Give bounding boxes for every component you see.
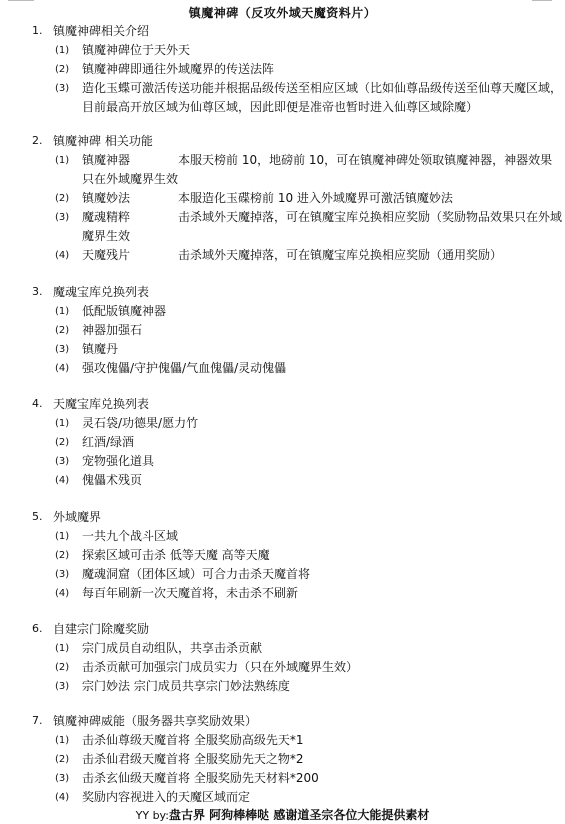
item-number: (1)	[55, 731, 82, 750]
item-text: 造化玉蝶可激活传送功能并根据品级传送至相应区域（比如仙尊品级传送至仙尊天魔区域，…	[82, 79, 562, 117]
section-heading: 6. 自建宗门除魔奖励	[32, 619, 562, 639]
list-item: (3)镇魔丹	[55, 340, 562, 359]
section-number: 2.	[32, 131, 53, 151]
item-text: 一共九个战斗区域	[82, 527, 562, 546]
item-text: 本服造化玉碟榜前 10 进入外域魔界可激活镇魔妙法	[178, 191, 453, 205]
list-item: (3)魔魂洞窟（团体区域）可合力击杀天魔首将	[55, 565, 562, 584]
item-text: 神器加强石	[82, 321, 562, 340]
item-text: 低配版镇魔神器	[82, 302, 562, 321]
list-item: (3)魔魂精粹击杀域外天魔掉落，可在镇魔宝库兑换相应奖励（奖励物品效果只在外域魔…	[55, 208, 562, 246]
item-label: 天魔残片	[82, 246, 178, 265]
item-number: (4)	[55, 359, 82, 378]
item-number: (1)	[55, 151, 82, 189]
item-text: 镇魔神碑即通往外域魔界的传送法阵	[82, 60, 562, 79]
section-3: 3. 魔魂宝库兑换列表 (1)低配版镇魔神器 (2)神器加强石 (3)镇魔丹 (…	[32, 282, 562, 378]
item-number: (2)	[55, 546, 82, 565]
item-text: 强攻傀儡/守护傀儡/气血傀儡/灵动傀儡	[82, 359, 562, 378]
item-number: (2)	[55, 60, 82, 79]
item-label: 镇魔神器	[82, 151, 178, 170]
page-corner-mark-left	[8, 0, 34, 1]
list-item: (1)宗门成员自动组队，共享击杀贡献	[55, 639, 562, 658]
list-item: (1)镇魔神器本服天榜前 10，地磅前 10，可在镇魔神碑处领取镇魔神器，神器效…	[55, 151, 562, 189]
list-item: (2)探索区域可击杀 低等天魔 高等天魔	[55, 546, 562, 565]
list-item: (3)击杀玄仙级天魔首将 全服奖励先天材料*200	[55, 769, 562, 788]
item-text: 击杀玄仙级天魔首将 全服奖励先天材料*200	[82, 769, 562, 788]
item-text: 宗门成员自动组队，共享击杀贡献	[82, 639, 562, 658]
item-number: (1)	[55, 414, 82, 433]
section-number: 3.	[32, 282, 53, 302]
section-number: 4.	[32, 394, 53, 414]
section-title: 魔魂宝库兑换列表	[53, 282, 149, 302]
footer-credits: YY by:盘古界 阿狗棒棒哒 感谢道圣宗各位大能提供素材	[0, 806, 565, 823]
list-item: (4)天魔残片击杀域外天魔掉落，可在镇魔宝库兑换相应奖励（通用奖励）	[55, 246, 562, 265]
item-number: (3)	[55, 208, 82, 246]
section-title: 镇魔神碑威能（服务器共享奖励效果）	[53, 711, 257, 731]
item-text: 傀儡术残页	[82, 471, 562, 490]
section-heading: 3. 魔魂宝库兑换列表	[32, 282, 562, 302]
item-text: 探索区域可击杀 低等天魔 高等天魔	[82, 546, 562, 565]
list-item: (2)镇魔神碑即通往外域魔界的传送法阵	[55, 60, 562, 79]
item-number: (4)	[55, 246, 82, 265]
section-2: 2. 镇魔神碑 相关功能 (1)镇魔神器本服天榜前 10，地磅前 10，可在镇魔…	[32, 131, 562, 265]
item-number: (1)	[55, 527, 82, 546]
section-number: 7.	[32, 711, 53, 731]
item-number: (3)	[55, 677, 82, 696]
section-6: 6. 自建宗门除魔奖励 (1)宗门成员自动组队，共享击杀贡献 (2)击杀贡献可加…	[32, 619, 562, 696]
section-heading: 7. 镇魔神碑威能（服务器共享奖励效果）	[32, 711, 562, 731]
item-number: (3)	[55, 452, 82, 471]
list-item: (4)傀儡术残页	[55, 471, 562, 490]
list-item: (1)镇魔神碑位于天外天	[55, 41, 562, 60]
item-number: (2)	[55, 321, 82, 340]
item-number: (3)	[55, 565, 82, 584]
section-title: 镇魔神碑 相关功能	[53, 131, 153, 151]
item-number: (4)	[55, 471, 82, 490]
section-title: 镇魔神碑相关介绍	[53, 21, 149, 41]
section-number: 1.	[32, 21, 53, 41]
item-text: 击杀仙尊级天魔首将 全服奖励高级先天*1	[82, 731, 562, 750]
item-text: 宗门妙法 宗门成员共享宗门妙法熟练度	[82, 677, 562, 696]
item-text: 击杀贡献可加强宗门成员实力（只在外域魔界生效）	[82, 658, 562, 677]
item-text: 红酒/绿酒	[82, 433, 562, 452]
item-text: 魔魂洞窟（团体区域）可合力击杀天魔首将	[82, 565, 562, 584]
section-7: 7. 镇魔神碑威能（服务器共享奖励效果） (1)击杀仙尊级天魔首将 全服奖励高级…	[32, 711, 562, 807]
section-number: 5.	[32, 507, 53, 527]
section-number: 6.	[32, 619, 53, 639]
item-number: (3)	[55, 769, 82, 788]
item-text: 每百年刷新一次天魔首将，未击杀不刷新	[82, 584, 562, 603]
list-item: (1)低配版镇魔神器	[55, 302, 562, 321]
item-label: 魔魂精粹	[82, 208, 178, 227]
list-item: (4)奖励内容视进入的天魔区域而定	[55, 788, 562, 807]
item-number: (3)	[55, 340, 82, 359]
document-title: 镇魔神碑（反攻外域天魔资料片）	[0, 4, 565, 21]
list-item: (3)造化玉蝶可激活传送功能并根据品级传送至相应区域（比如仙尊品级传送至仙尊天魔…	[55, 79, 562, 117]
item-number: (4)	[55, 788, 82, 807]
list-item: (1)灵石袋/功德果/愿力竹	[55, 414, 562, 433]
list-item: (2)红酒/绿酒	[55, 433, 562, 452]
section-5: 5. 外域魔界 (1)一共九个战斗区域 (2)探索区域可击杀 低等天魔 高等天魔…	[32, 507, 562, 603]
item-number: (1)	[55, 41, 82, 60]
section-title: 自建宗门除魔奖励	[53, 619, 149, 639]
item-text: 击杀仙君级天魔首将 全服奖励先天之物*2	[82, 750, 562, 769]
section-heading: 2. 镇魔神碑 相关功能	[32, 131, 562, 151]
item-text: 宠物强化道具	[82, 452, 562, 471]
section-4: 4. 天魔宝库兑换列表 (1)灵石袋/功德果/愿力竹 (2)红酒/绿酒 (3)宠…	[32, 394, 562, 490]
item-number: (2)	[55, 189, 82, 208]
section-heading: 1. 镇魔神碑相关介绍	[32, 21, 562, 41]
item-text: 灵石袋/功德果/愿力竹	[82, 414, 562, 433]
item-number: (4)	[55, 584, 82, 603]
list-item: (1)一共九个战斗区域	[55, 527, 562, 546]
item-number: (3)	[55, 79, 82, 117]
list-item: (4)每百年刷新一次天魔首将，未击杀不刷新	[55, 584, 562, 603]
item-number: (2)	[55, 433, 82, 452]
list-item: (4)强攻傀儡/守护傀儡/气血傀儡/灵动傀儡	[55, 359, 562, 378]
item-text: 镇魔丹	[82, 340, 562, 359]
item-number: (2)	[55, 750, 82, 769]
item-text: 镇魔神碑位于天外天	[82, 41, 562, 60]
list-item: (2)击杀贡献可加强宗门成员实力（只在外域魔界生效）	[55, 658, 562, 677]
list-item: (3)宠物强化道具	[55, 452, 562, 471]
section-heading: 5. 外域魔界	[32, 507, 562, 527]
footer-text: 盘古界 阿狗棒棒哒 感谢道圣宗各位大能提供素材	[169, 808, 429, 822]
item-text: 奖励内容视进入的天魔区域而定	[82, 788, 562, 807]
section-1: 1. 镇魔神碑相关介绍 (1)镇魔神碑位于天外天 (2)镇魔神碑即通往外域魔界的…	[32, 21, 562, 117]
section-title: 天魔宝库兑换列表	[53, 394, 149, 414]
list-item: (2)镇魔妙法本服造化玉碟榜前 10 进入外域魔界可激活镇魔妙法	[55, 189, 562, 208]
item-number: (1)	[55, 302, 82, 321]
section-title: 外域魔界	[53, 507, 101, 527]
list-item: (2)神器加强石	[55, 321, 562, 340]
list-item: (3)宗门妙法 宗门成员共享宗门妙法熟练度	[55, 677, 562, 696]
list-item: (2)击杀仙君级天魔首将 全服奖励先天之物*2	[55, 750, 562, 769]
page-corner-mark-right	[532, 0, 552, 1]
item-label: 镇魔妙法	[82, 189, 178, 208]
item-number: (1)	[55, 639, 82, 658]
item-text: 击杀域外天魔掉落，可在镇魔宝库兑换相应奖励（通用奖励）	[178, 248, 502, 262]
section-heading: 4. 天魔宝库兑换列表	[32, 394, 562, 414]
list-item: (1)击杀仙尊级天魔首将 全服奖励高级先天*1	[55, 731, 562, 750]
item-number: (2)	[55, 658, 82, 677]
footer-prefix: YY by:	[136, 809, 169, 822]
